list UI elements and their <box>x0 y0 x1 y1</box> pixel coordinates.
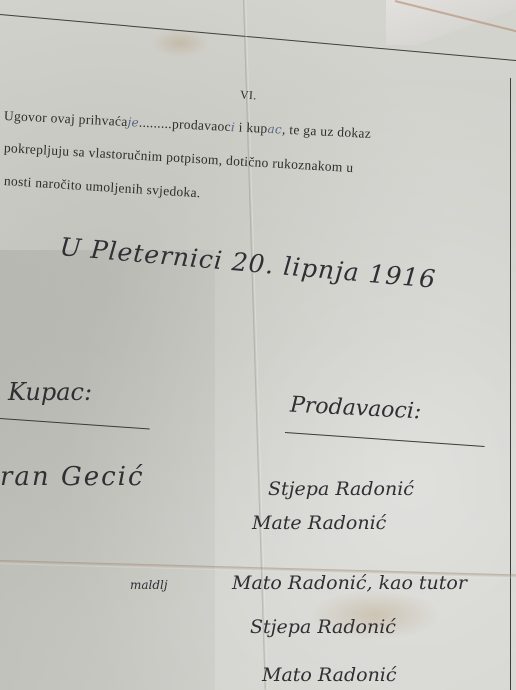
seller-signature: Mato Radonić, kao tutor <box>232 572 467 594</box>
seller-signature: Mate Radonić <box>252 512 386 534</box>
handwritten-fill: je <box>127 115 139 130</box>
seller-signature: Mato Radonić <box>262 664 397 686</box>
seller-prefix-note: maldlj <box>130 578 168 592</box>
handwritten-fill: ac <box>267 122 282 137</box>
text-segment: i kup <box>238 119 268 135</box>
border-line-right <box>510 78 511 690</box>
stain <box>150 28 210 58</box>
folded-corner <box>386 0 516 45</box>
seller-signature: Stjepa Radonić <box>268 478 414 500</box>
handwritten-fill: i <box>231 120 236 134</box>
buyer-signature: ran Gecić <box>0 462 145 492</box>
section-heading: VI. <box>240 88 257 104</box>
text-segment: prodavaoc <box>172 116 232 134</box>
text-segment: , te ga uz dokaz <box>282 122 372 141</box>
buyer-label: Kupac: <box>8 378 92 406</box>
seller-signature: Stjepa Radonić <box>250 616 396 638</box>
